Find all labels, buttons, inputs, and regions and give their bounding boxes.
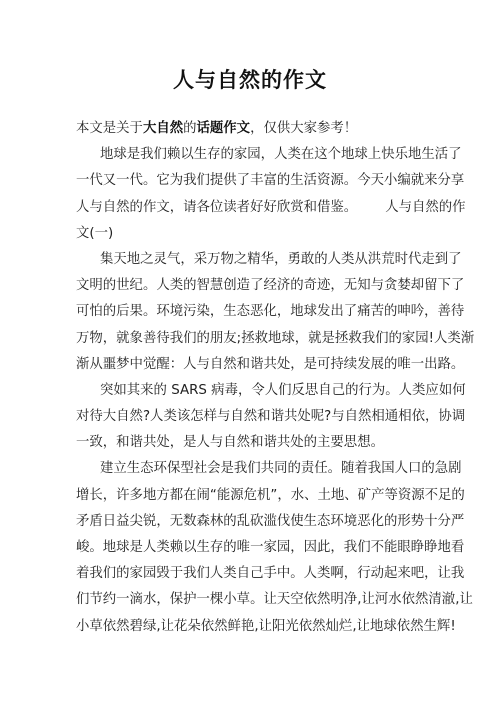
paragraph-4-line-3: 矛盾日益尖锐，无数森林的乱砍滥伐使生态环境恶化的形势十分严: [76, 509, 424, 535]
page-title: 人与自然的作文: [0, 64, 500, 94]
intro-line: 本文是关于大自然的话题作文，仅供大家参考！: [76, 116, 424, 142]
paragraph-4-line-7: 小草依然碧绿,让花朵依然鲜艳,让阳光依然灿烂,让地球依然生辉!: [76, 614, 424, 640]
paragraph-2-line-2: 文明的世纪。人类的智慧创造了经济的奇迹，无知与贪婪却留下了: [76, 273, 424, 299]
intro-mid: 的: [183, 121, 196, 136]
intro-bold-nature: 大自然: [143, 121, 183, 136]
intro-bold-topic: 话题作文: [197, 121, 251, 136]
paragraph-2-line-5: 渐从噩梦中觉醒：人与自然和谐共处，是可持续发展的唯一出路。: [76, 352, 424, 378]
paragraph-4-line-4: 峻。地球是人类赖以生存的唯一家园，因此，我们不能眼睁睁地看: [76, 535, 424, 561]
paragraph-2-line-3: 可怕的后果。环境污染，生态恶化，地球发出了痛苦的呻吟，善待: [76, 299, 424, 325]
paragraph-1-line-3-text: 人与自然的作文，请各位读者好好欣赏和借鉴。: [76, 200, 357, 215]
paragraph-2-line-4: 万物，就象善待我们的朋友;拯救地球，就是拯救我们的家园!人类渐: [76, 326, 424, 352]
paragraph-2-line-1: 集天地之灵气，采万物之精华，勇敢的人类从洪荒时代走到了: [76, 247, 424, 273]
paragraph-1-line-1: 地球是我们赖以生存的家园，人类在这个地球上快乐地生活了: [76, 142, 424, 168]
paragraph-1-line-3: 人与自然的作文，请各位读者好好欣赏和借鉴。人与自然的作: [76, 195, 424, 221]
paragraph-4-line-2: 增长，许多地方都在闹“能源危机”，水、土地、矿产等资源不足的: [76, 483, 424, 509]
paragraph-4-line-5: 着我们的家园毁于我们人类自己手中。人类啊，行动起来吧，让我: [76, 561, 424, 587]
paragraph-3-line-3: 一致，和谐共处，是人与自然和谐共处的主要思想。: [76, 430, 424, 456]
paragraph-1-line-2: 一代又一代。它为我们提供了丰富的生活资源。今天小编就来分享: [76, 168, 424, 194]
document-page: 人与自然的作文 本文是关于大自然的话题作文，仅供大家参考！ 地球是我们赖以生存的…: [0, 0, 500, 708]
intro-prefix: 本文是关于: [76, 121, 143, 136]
paragraph-4-line-1: 建立生态环保型社会是我们共同的责任。随着我国人口的急剧: [76, 456, 424, 482]
essay-heading-end: 文(一): [76, 221, 424, 247]
essay-heading-part: 人与自然的作: [385, 200, 465, 215]
paragraph-3-line-1: 突如其来的 SARS 病毒，令人们反思自己的行为。人类应如何: [76, 378, 424, 404]
article-body: 本文是关于大自然的话题作文，仅供大家参考！ 地球是我们赖以生存的家园，人类在这个…: [76, 116, 424, 640]
intro-suffix: ，仅供大家参考！: [250, 121, 357, 136]
paragraph-4-line-6: 们节约一滴水，保护一棵小草。让天空依然明净,让河水依然清澈,让: [76, 587, 424, 613]
paragraph-3-line-2: 对待大自然?人类该怎样与自然和谐共处呢?与自然相通相依，协调: [76, 404, 424, 430]
